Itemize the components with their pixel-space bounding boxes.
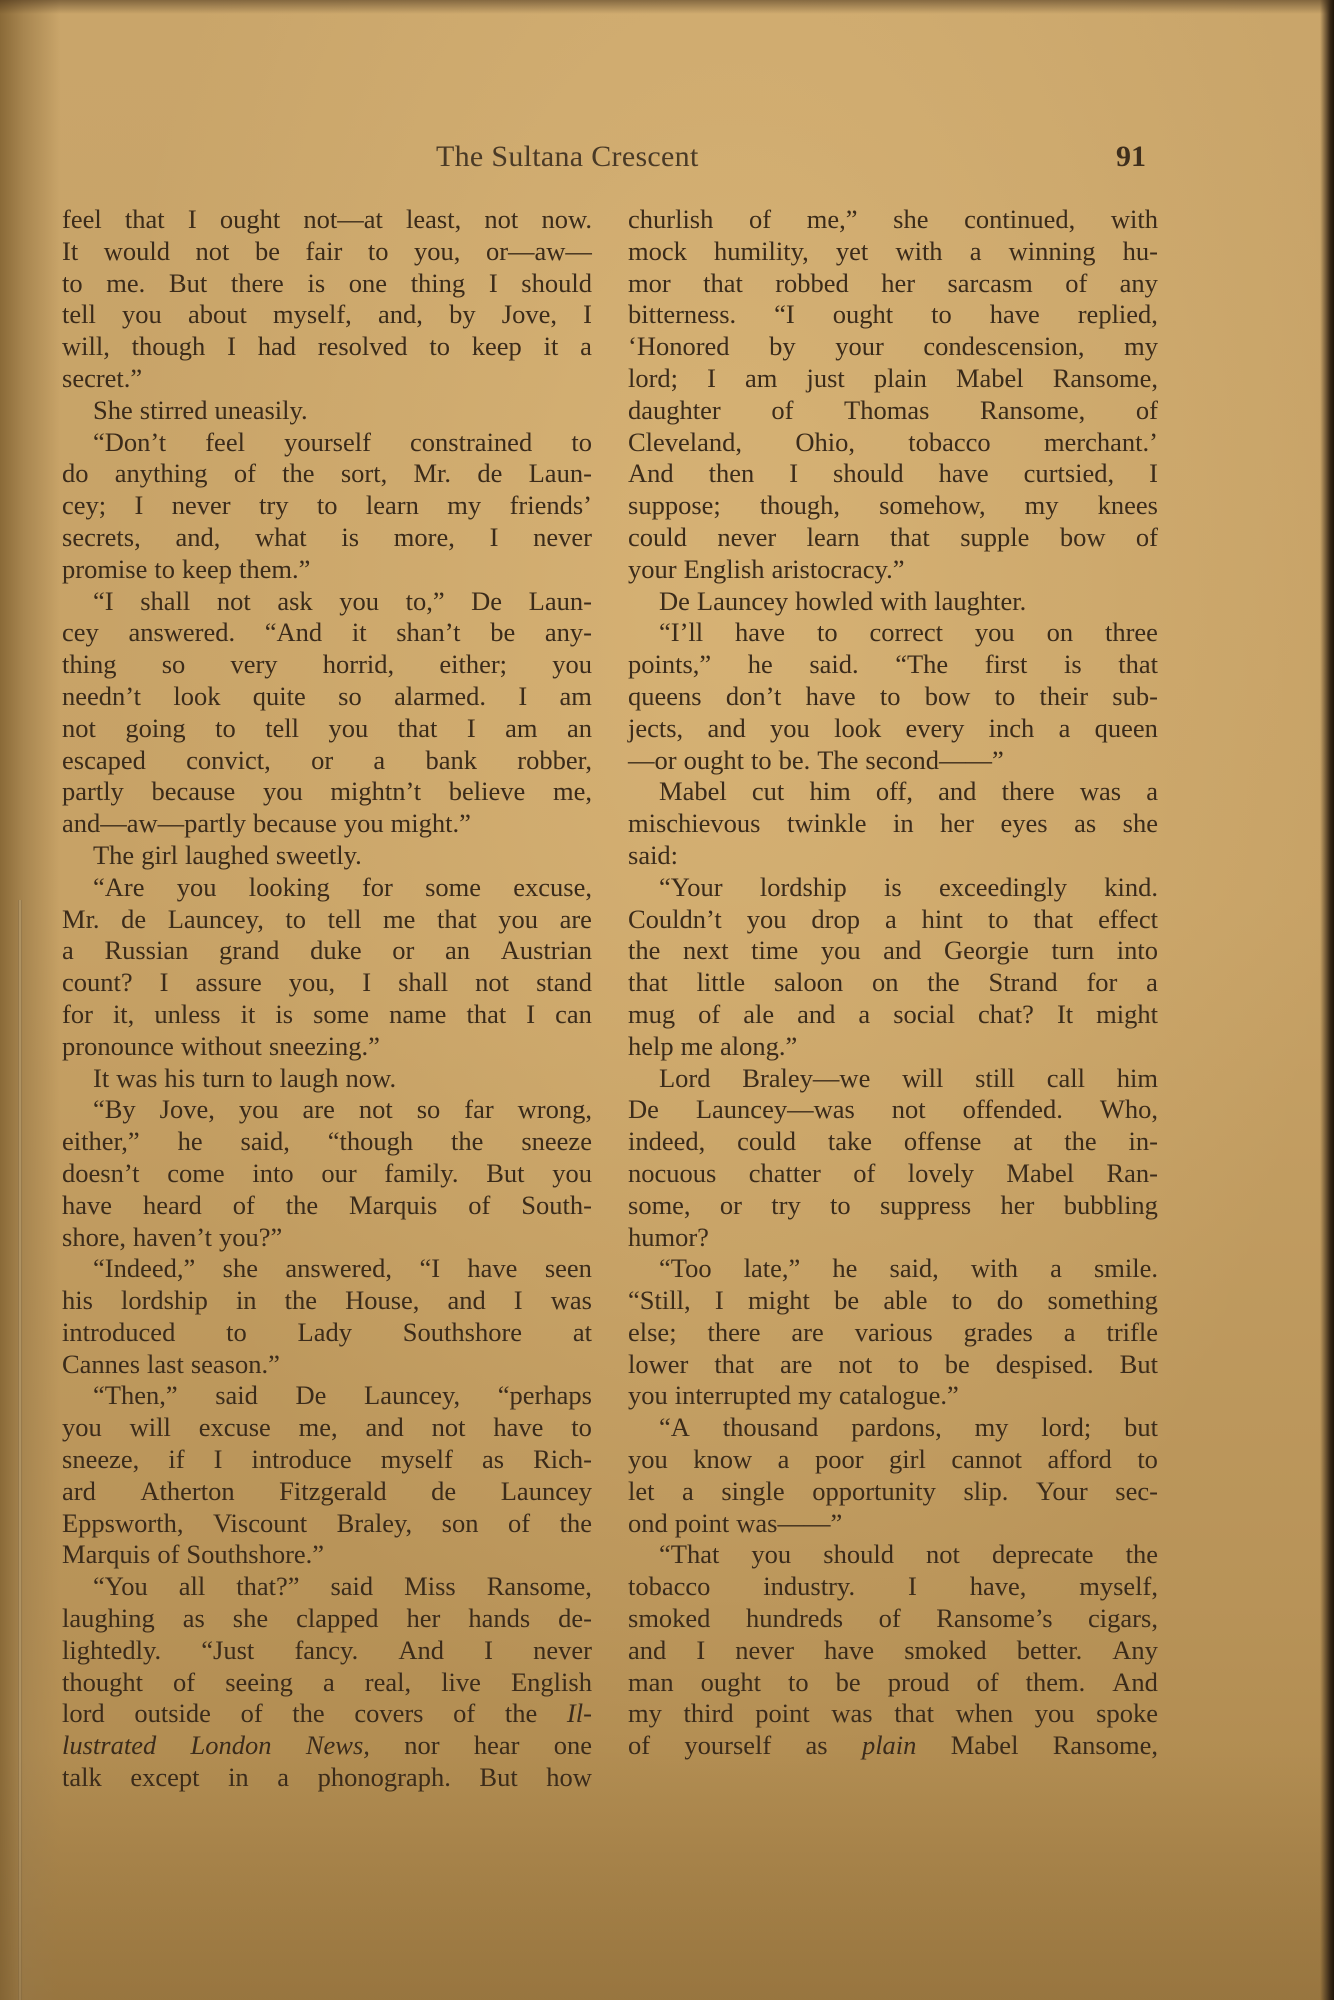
word: of <box>771 395 793 427</box>
word: except <box>130 1762 199 1794</box>
word: to <box>898 1349 919 1381</box>
word: smoked <box>628 1603 710 1635</box>
word: trifle <box>1106 1317 1158 1349</box>
word: he <box>748 649 773 681</box>
word: going <box>125 713 185 745</box>
word: I <box>526 999 535 1031</box>
word: News, <box>306 1730 370 1762</box>
word: But <box>1120 1349 1158 1381</box>
word: his <box>62 1285 93 1317</box>
word: hundreds <box>746 1603 843 1635</box>
word: to <box>62 268 83 300</box>
word: have <box>939 458 989 490</box>
word: of <box>879 1603 901 1635</box>
word: clapped <box>296 1603 378 1635</box>
word: and <box>447 1285 485 1317</box>
word: some <box>425 872 481 904</box>
word: your <box>628 554 677 586</box>
word: me. <box>106 268 145 300</box>
word: my <box>447 490 481 522</box>
text-line: ‘Honoredbyyourcondescension,my <box>628 331 1158 363</box>
word: mug <box>628 999 675 1031</box>
word: jects, <box>628 713 683 745</box>
word: to <box>952 1285 973 1317</box>
word: cey <box>62 617 99 649</box>
text-line: Eppsworth,ViscountBraley,sonofthe <box>62 1508 592 1540</box>
word: of <box>628 1730 650 1762</box>
word: sub- <box>1112 681 1158 713</box>
word: feel <box>205 427 245 459</box>
text-line: ondpointwas——” <box>628 1508 1158 1540</box>
text-line: couldneverlearnthatsupplebowof <box>628 522 1158 554</box>
word: have <box>62 1190 112 1222</box>
word: so <box>338 681 362 713</box>
word: And <box>628 458 674 490</box>
word: that <box>1033 904 1073 936</box>
word: never <box>533 1635 592 1667</box>
word: it <box>352 617 367 649</box>
text-line: Cleveland,Ohio,tobaccomerchant.’ <box>628 427 1158 459</box>
text-line: cey;Inevertrytolearnmyfriends’ <box>62 490 592 522</box>
word: have <box>735 617 785 649</box>
word: Ransome, <box>1053 1730 1158 1762</box>
word: never <box>735 1635 794 1667</box>
text-line: nocuouschatteroflovelyMabelRan- <box>628 1158 1158 1190</box>
word: haven’t <box>133 1222 212 1254</box>
word: kind. <box>1104 872 1158 904</box>
word: not—at <box>303 204 383 236</box>
text-line: tobaccoindustry.Ihave,myself, <box>628 1571 1158 1603</box>
word: that <box>714 1349 754 1381</box>
text-line: thenexttimeyouandGeorgieturninto <box>628 935 1158 967</box>
word: look <box>173 681 220 713</box>
word: are <box>560 904 592 936</box>
word: covers <box>354 1698 423 1730</box>
word: should <box>823 1539 894 1571</box>
word: And <box>1112 1667 1158 1699</box>
word: last <box>147 1349 184 1381</box>
word: Any <box>1112 1635 1158 1667</box>
word: with <box>895 236 942 268</box>
word: your <box>835 331 884 363</box>
word: now. <box>346 1063 397 1095</box>
word: answered. <box>128 617 235 649</box>
word: keep <box>472 331 522 363</box>
word: Mr. <box>413 458 451 490</box>
word: a <box>1146 776 1158 808</box>
word: little <box>697 967 746 999</box>
word: by <box>449 299 476 331</box>
word: lovely <box>908 1158 974 1190</box>
word: “Are <box>93 872 145 904</box>
word: have <box>806 681 856 713</box>
text-line: AndthenIshouldhavecurtsied,I <box>628 458 1158 490</box>
word: that <box>890 522 930 554</box>
word: so <box>162 649 186 681</box>
word: you?” <box>219 1222 282 1254</box>
word: if <box>168 1444 184 1476</box>
text-line: aRussiangranddukeoranAustrian <box>62 935 592 967</box>
word: ought <box>701 1667 761 1699</box>
word: him <box>809 776 850 808</box>
word: “You <box>93 1571 148 1603</box>
word: “The <box>895 649 948 681</box>
text-line: “Yourlordshipisexceedinglykind. <box>628 872 1158 904</box>
word: a <box>885 904 897 936</box>
word: one <box>554 1730 592 1762</box>
word: de- <box>558 1603 592 1635</box>
word: could <box>628 522 687 554</box>
word: you <box>628 1444 668 1476</box>
word: believe <box>449 776 526 808</box>
word: you <box>747 904 787 936</box>
word: said: <box>628 840 678 872</box>
text-line: and—aw—partlybecauseyoumight.” <box>62 808 592 840</box>
word: a <box>373 745 385 777</box>
word: me, <box>299 1412 338 1444</box>
word: might <box>748 1285 810 1317</box>
word: to <box>988 904 1009 936</box>
word: “perhaps <box>498 1380 592 1412</box>
word: Viscount <box>213 1508 307 1540</box>
word: third <box>684 1698 734 1730</box>
text-line: “Ishallnotaskyouto,”DeLaun- <box>62 586 592 618</box>
word: tell <box>328 904 362 936</box>
word: catalogue.” <box>839 1380 959 1412</box>
word: “And <box>265 617 322 649</box>
word: thousand <box>723 1412 819 1444</box>
word: Braley—we <box>742 1063 870 1095</box>
word: girl <box>141 840 178 872</box>
word: various <box>855 1317 933 1349</box>
word: would <box>104 236 170 268</box>
word: howled <box>795 586 873 618</box>
text-line: forit,unlessitissomenamethatIcan <box>62 999 592 1031</box>
word: queen <box>1095 713 1158 745</box>
word: lord; <box>628 363 678 395</box>
word: heard <box>143 1190 202 1222</box>
word: because <box>151 776 235 808</box>
word: my <box>1025 490 1059 522</box>
word: I <box>583 299 592 331</box>
word: to <box>880 681 901 713</box>
word: duke <box>310 935 362 967</box>
text-line: “Don’tfeelyourselfconstrainedto <box>62 427 592 459</box>
word: bubbling <box>1064 1190 1158 1222</box>
word: Eppsworth, <box>62 1508 183 1540</box>
word: in <box>236 1285 257 1317</box>
word: of <box>508 1508 530 1540</box>
word: social <box>893 999 955 1031</box>
word: mischievous <box>628 808 761 840</box>
word: when <box>956 1698 1013 1730</box>
text-line: jects,andyoulookeveryinchaqueen <box>628 713 1158 745</box>
word: the <box>505 1698 537 1730</box>
word: you <box>263 776 303 808</box>
text-line: partlybecauseyoumightn’tbelieveme, <box>62 776 592 808</box>
word: you <box>498 904 538 936</box>
word: the <box>628 935 660 967</box>
text-line: “ByJove,youarenotsofarwrong, <box>62 1094 592 1126</box>
text-line: promisetokeepthem.” <box>62 554 592 586</box>
word: though, <box>760 490 840 522</box>
word: Strand <box>988 967 1057 999</box>
word: you <box>344 808 384 840</box>
word: said. <box>809 649 858 681</box>
word: pardons, <box>851 1412 942 1444</box>
word: slip. <box>963 1476 1008 1508</box>
word: Launcey <box>697 586 788 618</box>
text-line: youinterruptedmycatalogue.” <box>628 1380 1158 1412</box>
word: Ransome, <box>980 395 1085 427</box>
text-line: tome.ButthereisonethingIshould <box>62 268 592 300</box>
word: some, <box>628 1190 691 1222</box>
word: to <box>571 427 592 459</box>
word: take <box>828 1126 872 1158</box>
word: into <box>252 1158 293 1190</box>
word: poor <box>815 1444 864 1476</box>
word: “I <box>93 586 114 618</box>
word: shall <box>398 967 448 999</box>
word: far <box>464 1094 493 1126</box>
word: partly <box>62 776 124 808</box>
word: will <box>902 1063 943 1095</box>
word: are <box>303 1094 335 1126</box>
text-line: daughterofThomasRansome,of <box>628 395 1158 427</box>
word: he <box>832 1253 857 1285</box>
word: is <box>1064 649 1082 681</box>
word: I <box>707 363 716 395</box>
right-text-column: churlishofme,”shecontinued,withmockhumil… <box>628 204 1158 1762</box>
text-line: “I’llhavetocorrectyouonthree <box>628 617 1158 649</box>
word: a <box>1146 967 1158 999</box>
word: smoked <box>904 1635 986 1667</box>
text-line: hislordshipintheHouse,andIwas <box>62 1285 592 1317</box>
text-line: humor? <box>628 1222 1158 1254</box>
word: as <box>482 1444 504 1476</box>
word: real, <box>365 1667 411 1699</box>
word: ard <box>62 1476 96 1508</box>
word: somehow, <box>879 490 985 522</box>
word: never <box>533 522 592 554</box>
word: convict, <box>186 745 271 777</box>
word: to <box>317 490 338 522</box>
word: tobacco <box>908 427 990 459</box>
word: Who, <box>1100 1094 1158 1126</box>
word: seen <box>545 1253 592 1285</box>
word: deprecate <box>992 1539 1094 1571</box>
word: to <box>830 1190 851 1222</box>
word: and <box>883 935 921 967</box>
word: any- <box>545 617 592 649</box>
word: Il- <box>567 1698 592 1730</box>
word: Launcey, <box>364 1380 460 1412</box>
word: should <box>833 458 904 490</box>
word: was <box>831 1698 872 1730</box>
word: Ransome’s <box>936 1603 1052 1635</box>
word: be <box>255 236 280 268</box>
word: man <box>628 1667 674 1699</box>
word: was <box>1080 776 1121 808</box>
word: are <box>791 1317 823 1349</box>
word: she <box>223 1253 258 1285</box>
text-line: Itwashisturntolaughnow. <box>62 1063 592 1095</box>
word: she <box>233 1603 268 1635</box>
text-line: else;therearevariousgradesatrifle <box>628 1317 1158 1349</box>
word: a <box>778 1444 790 1476</box>
word: I <box>135 490 144 522</box>
word: lord; <box>1041 1412 1091 1444</box>
word: as <box>183 1603 205 1635</box>
word: you <box>339 586 379 618</box>
word: cey; <box>62 490 106 522</box>
word: at <box>573 1317 592 1349</box>
word: better. <box>1017 1635 1083 1667</box>
text-line: churlishofme,”shecontinued,with <box>628 204 1158 236</box>
word: grand <box>219 935 279 967</box>
word: excuse <box>199 1412 271 1444</box>
word: was——” <box>736 1508 842 1540</box>
word: you <box>975 617 1015 649</box>
word: I <box>188 204 197 236</box>
word: ale <box>743 999 774 1031</box>
text-line: queensdon’thavetobowtotheirsub- <box>628 681 1158 713</box>
word: bitterness. <box>628 299 736 331</box>
word: that <box>703 268 743 300</box>
word: not <box>217 586 251 618</box>
word: or—aw— <box>486 236 592 268</box>
word: Austrian <box>501 935 592 967</box>
word: yet <box>836 236 868 268</box>
word: of <box>749 204 771 236</box>
word: family. <box>384 1158 458 1190</box>
text-line: secrets,and,whatismore,Inever <box>62 522 592 554</box>
word: Lady <box>298 1317 352 1349</box>
word: to <box>788 1667 809 1699</box>
word: And <box>398 1635 444 1667</box>
word: I <box>489 268 498 300</box>
word: ought <box>684 745 744 777</box>
word: Atherton <box>140 1476 234 1508</box>
word: pronounce <box>62 1031 174 1063</box>
word: something <box>1048 1285 1158 1317</box>
text-line: Mabelcuthimoff,andtherewasa <box>628 776 1158 808</box>
word: bank <box>425 745 477 777</box>
word: never <box>717 522 776 554</box>
word: plain <box>862 1730 916 1762</box>
word: is <box>341 522 359 554</box>
text-line: morthatrobbedhersarcasmofany <box>628 268 1158 300</box>
word: But <box>479 1762 517 1794</box>
word: try <box>771 1190 800 1222</box>
left-text-column: feelthatIoughtnot—atleast,notnow.Itwould… <box>62 204 592 1794</box>
text-line: MarquisofSouthshore.” <box>62 1539 592 1571</box>
word: Mr. <box>62 904 100 936</box>
word: be. <box>779 745 811 777</box>
page-number: 91 <box>1116 140 1146 174</box>
word: thought <box>62 1667 143 1699</box>
word: de <box>121 904 146 936</box>
word: doesn’t <box>62 1158 140 1190</box>
word: nocuous <box>628 1158 716 1190</box>
text-line: smokedhundredsofRansome’scigars, <box>628 1603 1158 1635</box>
word: quite <box>253 681 306 713</box>
word: her <box>1001 1190 1035 1222</box>
word: alarmed. <box>394 681 486 713</box>
word: lightedly. <box>62 1635 161 1667</box>
word: “Still, <box>628 1285 691 1317</box>
word: she <box>893 204 928 236</box>
word: English <box>684 554 765 586</box>
word: ought <box>220 204 280 236</box>
word: Marquis <box>349 1190 437 1222</box>
text-line: pronouncewithoutsneezing.” <box>62 1031 592 1063</box>
word: in- <box>1129 1126 1158 1158</box>
word: Ransome, <box>487 1571 592 1603</box>
word: because <box>253 808 337 840</box>
word: least, <box>406 204 461 236</box>
word: Ran- <box>1106 1158 1158 1190</box>
word: of <box>853 1158 875 1190</box>
word: laughing <box>62 1603 155 1635</box>
word: am <box>505 713 537 745</box>
text-line: manoughttobeproudofthem.And <box>628 1667 1158 1699</box>
word: to,” <box>406 586 445 618</box>
word: merchant.’ <box>1044 427 1158 459</box>
word: friends’ <box>510 490 592 522</box>
word: single <box>721 1476 784 1508</box>
word: sneezing.” <box>269 1031 380 1063</box>
word: I <box>484 1635 493 1667</box>
text-line: DeLaunceyhowledwithlaughter. <box>628 586 1158 618</box>
word: turn <box>202 1063 245 1095</box>
word: I <box>160 967 169 999</box>
text-line: points,”hesaid.“Thefirstisthat <box>628 649 1158 681</box>
text-line: lustratedLondonNews,norhearone <box>62 1730 592 1762</box>
word: “I <box>774 299 795 331</box>
word: Cleveland, <box>628 427 742 459</box>
word: that <box>628 967 668 999</box>
word: I <box>715 1285 724 1317</box>
word: phonograph. <box>318 1762 451 1794</box>
text-line: Itwouldnotbefairtoyou,or—aw— <box>62 236 592 268</box>
text-line: doesn’tcomeintoourfamily.Butyou <box>62 1158 592 1190</box>
word: turn <box>1051 935 1094 967</box>
word: you <box>552 1158 592 1190</box>
word: into <box>1117 935 1158 967</box>
word: to <box>226 1317 247 1349</box>
word: I <box>467 713 476 745</box>
word: might <box>1096 999 1158 1031</box>
text-line: feelthatIoughtnot—atleast,notnow. <box>62 204 592 236</box>
word: drop <box>811 904 860 936</box>
word: Mabel <box>1006 1158 1074 1190</box>
word: of <box>234 458 256 490</box>
word: to <box>215 713 236 745</box>
word: cut <box>752 776 784 808</box>
word: help <box>628 1031 674 1063</box>
word: bow <box>925 681 971 713</box>
word: sweetly. <box>276 840 362 872</box>
word: in <box>893 808 914 840</box>
word: or <box>311 745 333 777</box>
word: eyes <box>1000 808 1047 840</box>
word: was <box>551 1285 592 1317</box>
word: then <box>709 458 755 490</box>
word: the <box>927 967 959 999</box>
word: with <box>971 1253 1018 1285</box>
word: “Too <box>659 1253 712 1285</box>
